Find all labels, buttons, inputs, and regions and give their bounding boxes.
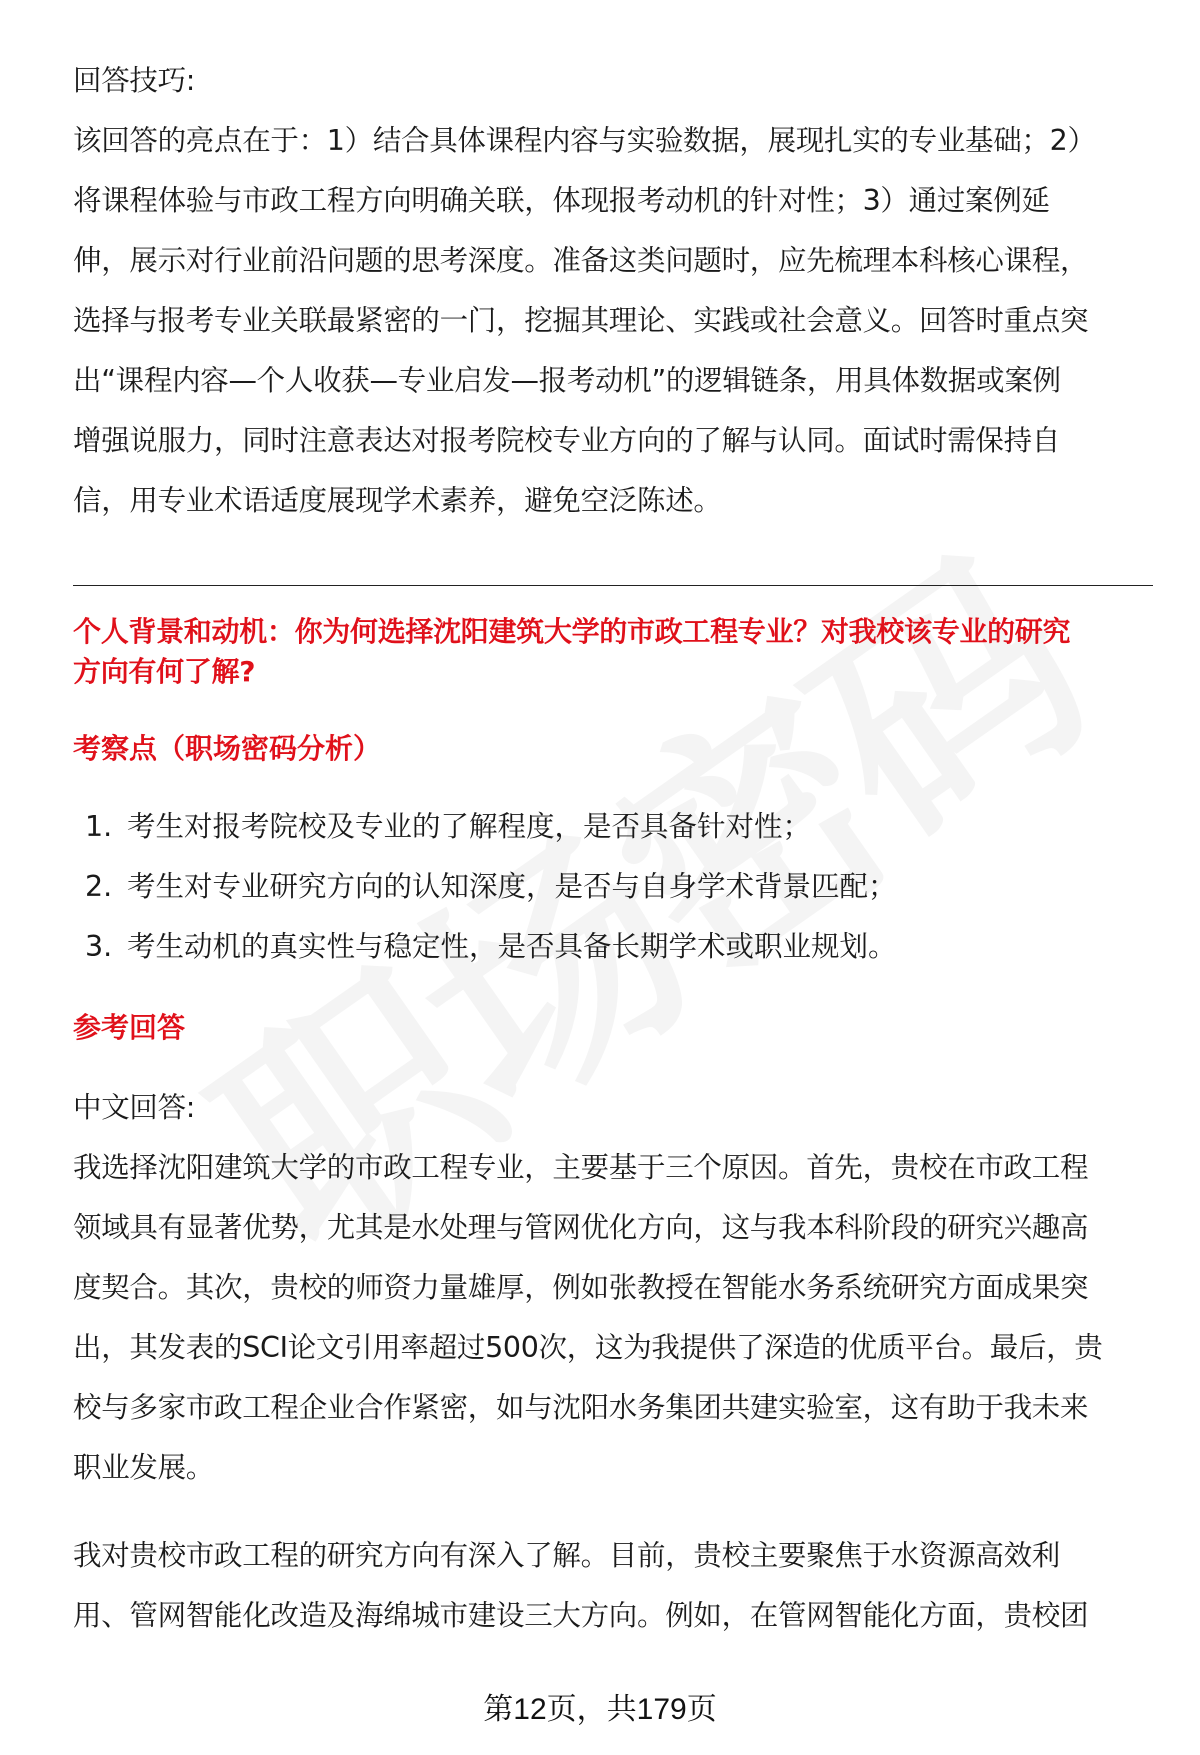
answer-line: 领域具有显著优势，尤其是水处理与管网优化方向，这与我本科阶段的研究兴趣高 xyxy=(73,1198,1158,1258)
answer-line: 校与多家市政工程企业合作紧密，如与沈阳水务集团共建实验室，这有助于我未来 xyxy=(73,1378,1158,1438)
answer-section-2: 我对贵校市政工程的研究方向有深入了解。目前，贵校主要聚焦于水资源高效利 用、管网… xyxy=(73,1526,1158,1646)
list-item: 2. 考生对专业研究方向的认知深度，是否与自身学术背景匹配； xyxy=(85,857,897,917)
answer-section: 中文回答: 我选择沈阳建筑大学的市政工程专业，主要基于三个原因。首先，贵校在市政… xyxy=(73,1078,1158,1498)
question-title-line: 个人背景和动机：你为何选择沈阳建筑大学的市政工程专业？对我校该专业的研究 xyxy=(73,612,1158,652)
tips-line: 该回答的亮点在于：1）结合具体课程内容与实验数据，展现扎实的专业基础；2） xyxy=(73,111,1158,171)
tips-line: 增强说服力，同时注意表达对报考院校专业方向的了解与认同。面试时需保持自 xyxy=(73,411,1158,471)
answer-label: 中文回答: xyxy=(73,1078,1158,1138)
tips-line: 伸，展示对行业前沿问题的思考深度。准备这类问题时，应先梳理本科核心课程， xyxy=(73,231,1158,291)
page-indicator: 第12页，共179页 xyxy=(0,1690,1200,1730)
tips-label: 回答技巧: xyxy=(73,51,1158,111)
question-title: 个人背景和动机：你为何选择沈阳建筑大学的市政工程专业？对我校该专业的研究 方向有… xyxy=(73,612,1158,692)
reference-answer-heading: 参考回答 xyxy=(73,1008,185,1048)
answer-line: 度契合。其次，贵校的师资力量雄厚，例如张教授在智能水务系统研究方面成果突 xyxy=(73,1258,1158,1318)
tips-line: 出“课程内容—个人收获—专业启发—报考动机”的逻辑链条，用具体数据或案例 xyxy=(73,351,1158,411)
list-item-text: 考生对专业研究方向的认知深度，是否与自身学术背景匹配； xyxy=(127,857,897,917)
list-item: 3. 考生动机的真实性与稳定性，是否具备长期学术或职业规划。 xyxy=(85,917,897,977)
answer-line: 用、管网智能化改造及海绵城市建设三大方向。例如，在管网智能化方面，贵校团 xyxy=(73,1586,1158,1646)
list-item-text: 考生对报考院校及专业的了解程度，是否具备针对性； xyxy=(127,797,811,857)
question-title-line: 方向有何了解? xyxy=(73,652,1158,692)
list-item-number: 2. xyxy=(85,857,127,917)
answer-line: 职业发展。 xyxy=(73,1438,1158,1498)
answer-line: 出，其发表的SCI论文引用率超过500次，这为我提供了深造的优质平台。最后，贵 xyxy=(73,1318,1158,1378)
tips-line: 将课程体验与市政工程方向明确关联，体现报考动机的针对性；3）通过案例延 xyxy=(73,171,1158,231)
list-item-number: 1. xyxy=(85,797,127,857)
section-divider xyxy=(73,585,1153,586)
assessment-points-list: 1. 考生对报考院校及专业的了解程度，是否具备针对性； 2. 考生对专业研究方向… xyxy=(85,797,897,977)
answer-line: 我选择沈阳建筑大学的市政工程专业，主要基于三个原因。首先，贵校在市政工程 xyxy=(73,1138,1158,1198)
tips-line: 信，用专业术语适度展现学术素养，避免空泛陈述。 xyxy=(73,471,1158,531)
list-item-text: 考生动机的真实性与稳定性，是否具备长期学术或职业规划。 xyxy=(127,917,897,977)
answer-tips-section: 回答技巧: 该回答的亮点在于：1）结合具体课程内容与实验数据，展现扎实的专业基础… xyxy=(73,51,1158,531)
list-item-number: 3. xyxy=(85,917,127,977)
list-item: 1. 考生对报考院校及专业的了解程度，是否具备针对性； xyxy=(85,797,897,857)
assessment-heading: 考察点（职场密码分析） xyxy=(73,729,381,769)
tips-line: 选择与报考专业关联最紧密的一门，挖掘其理论、实践或社会意义。回答时重点突 xyxy=(73,291,1158,351)
answer-line: 我对贵校市政工程的研究方向有深入了解。目前，贵校主要聚焦于水资源高效利 xyxy=(73,1526,1158,1586)
